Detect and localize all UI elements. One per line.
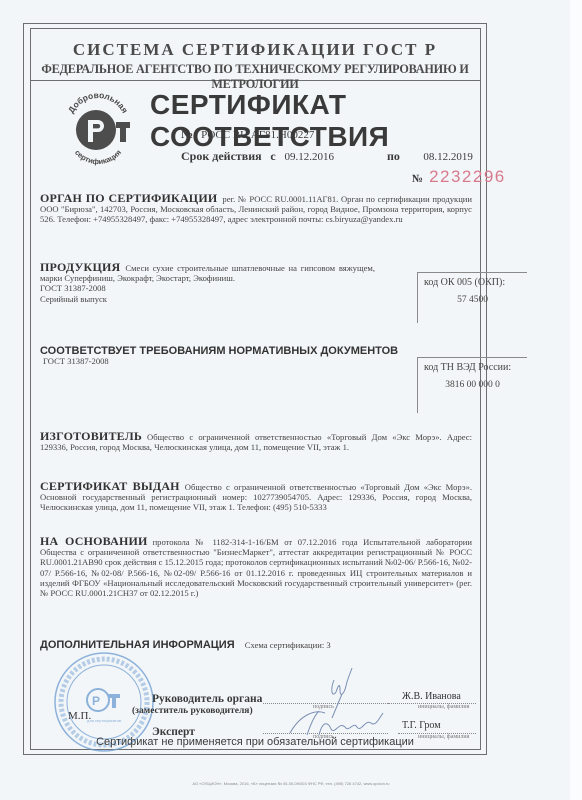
head-label: Руководитель органа — [152, 693, 262, 705]
okp-code-value: 57 4500 — [418, 295, 527, 305]
okp-code-label: код ОК 005 (ОКП): — [424, 277, 505, 288]
from-date: 09.12.2016 — [285, 151, 335, 163]
certificate-number: РОСС RU.АГ81.Н00227 — [201, 129, 314, 141]
head-sublabel: (заместитель руководителя) — [132, 706, 253, 716]
to-label: по — [387, 149, 400, 163]
additional-text: Схема сертификации: 3 — [245, 640, 331, 650]
section-manufacturer: ИЗГОТОВИТЕЛЬОбщество с ограниченной отве… — [40, 431, 472, 452]
certification-body-heading: ОРГАН ПО СЕРТИФИКАЦИИ — [40, 191, 217, 205]
basis-heading: НА ОСНОВАНИИ — [40, 534, 148, 548]
section-issued-to: СЕРТИФИКАТ ВЫДАНОбщество с ограниченной … — [40, 481, 472, 513]
expert-name: Т.Г. Гром — [402, 720, 441, 731]
system-title: СИСТЕМА СЕРТИФИКАЦИИ ГОСТ Р — [30, 40, 480, 60]
head-name-caption: инициалы, фамилия — [418, 704, 469, 710]
printer-imprint: АО «ОПЦИОН», Москва, 2016, «Б» лицензия … — [0, 781, 582, 786]
section-additional: ДОПОЛНИТЕЛЬНАЯ ИНФОРМАЦИЯ Схема сертифик… — [40, 640, 472, 650]
serial-number: 2232296 — [429, 167, 506, 186]
tnved-code-box: код ТН ВЭД России: 3816 00 000 0 — [417, 357, 527, 413]
tnved-code-label: код ТН ВЭД России: — [424, 362, 511, 373]
document-title: СЕРТИФИКАТ СООТВЕТСТВИЯ — [150, 89, 582, 153]
validity-row: Срок действия с 09.12.2016 по 08.12.2019 — [181, 149, 334, 164]
stamp-place-label: М.П. — [68, 710, 91, 722]
expert-signature-icon — [285, 705, 385, 740]
rst-logo-icon: Добровольная сертификация — [60, 90, 136, 166]
number-symbol: № — [181, 127, 193, 141]
svg-text:сертификация: сертификация — [73, 148, 123, 166]
section-product: ПРОДУКЦИЯСмеси сухие строительные шпатле… — [40, 262, 375, 304]
svg-text:Р: Р — [92, 694, 100, 708]
from-label: с — [270, 149, 275, 163]
section-certification-body: ОРГАН ПО СЕРТИФИКАЦИИрег. № РОСС RU.0001… — [40, 193, 472, 225]
footer-note: Сертификат не применяется при обязательн… — [30, 736, 480, 748]
compliance-heading: СООТВЕТСТВУЕТ ТРЕБОВАНИЯМ НОРМАТИВНЫХ ДО… — [40, 345, 398, 357]
svg-text:для сертификатов: для сертификатов — [87, 718, 121, 723]
issued-to-heading: СЕРТИФИКАТ ВЫДАН — [40, 479, 180, 493]
product-heading: ПРОДУКЦИЯ — [40, 260, 120, 274]
agency-name: ФЕДЕРАЛЬНОЕ АГЕНТСТВО ПО ТЕХНИЧЕСКОМУ РЕ… — [30, 62, 480, 92]
serial-symbol: № — [412, 173, 423, 185]
product-release: Серийный выпуск — [40, 294, 107, 304]
section-compliance: СООТВЕТСТВУЕТ ТРЕБОВАНИЯМ НОРМАТИВНЫХ ДО… — [40, 346, 472, 366]
tnved-code-value: 3816 00 000 0 — [418, 380, 527, 390]
to-date: 08.12.2019 — [423, 151, 473, 163]
compliance-standard: ГОСТ 31387-2008 — [43, 356, 109, 366]
okp-code-box: код ОК 005 (ОКП): 57 4500 — [417, 272, 527, 323]
certificate-number-row: №РОСС RU.АГ81.Н00227 — [181, 127, 314, 142]
manufacturer-heading: ИЗГОТОВИТЕЛЬ — [40, 429, 142, 443]
product-standard: ГОСТ 31387-2008 — [40, 283, 106, 293]
head-name: Ж.В. Иванова — [402, 691, 461, 702]
serial-number-row: №2232296 — [412, 167, 506, 187]
section-basis: НА ОСНОВАНИИпротокола № 1182-314-1-16/БМ… — [40, 536, 472, 598]
validity-label: Срок действия — [181, 149, 262, 163]
